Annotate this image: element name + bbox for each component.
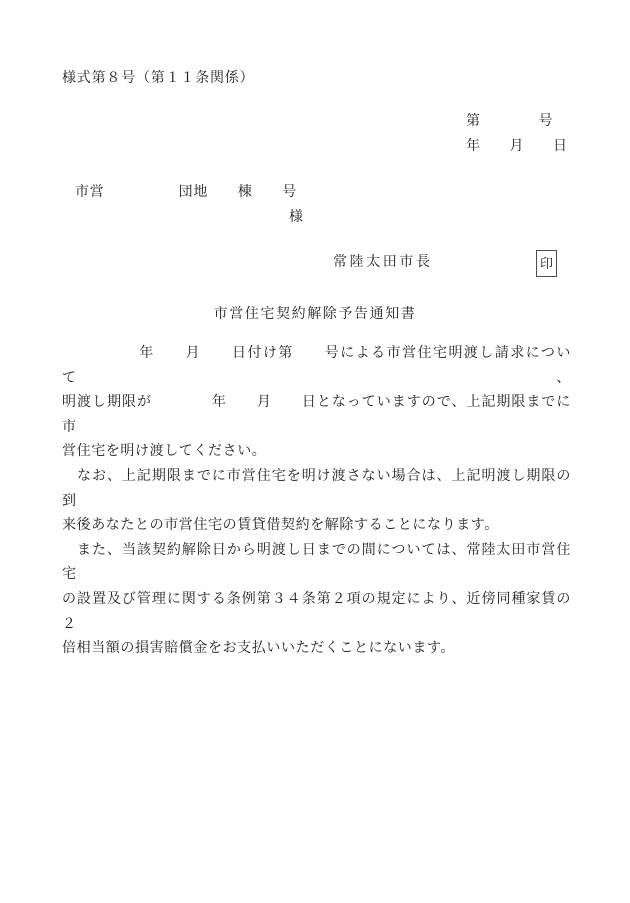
body-line: 明渡し期限が 年 月 日となっていますので、上記期限までに市: [62, 391, 571, 440]
seal-stamp-box: 印: [536, 250, 557, 277]
document-title: 市営住宅契約解除予告通知書: [0, 303, 630, 323]
date-line: 年 月 日: [466, 135, 568, 155]
recipient-honorific: 様: [289, 206, 303, 226]
body-line: 営住宅を明け渡してください。: [62, 440, 571, 465]
body-line: 倍相当額の損害賠償金をお支払いいただくことにないます。: [62, 637, 571, 662]
body-line: の設置及び管理に関する条例第３４条第２項の規定により、近傍同種家賃の２: [62, 588, 571, 637]
recipient-address-line: 市営 団地 棟 号: [75, 181, 297, 201]
body-line: 来後あなたとの市営住宅の賃貸借契約を解除することになります。: [62, 514, 571, 539]
body-text: 年 月 日付け第 号による市営住宅明渡し請求について、 明渡し期限が 年 月 日…: [62, 342, 571, 662]
body-line: また、当該契約解除日から明渡し日までの間については、常陸太田市営住宅: [62, 539, 571, 588]
doc-number-line: 第 号: [466, 110, 553, 130]
body-line: 年 月 日付け第 号による市営住宅明渡し請求について、: [62, 342, 571, 391]
document-page: 様式第８号（第１１条関係） 第 号 年 月 日 市営 団地 棟 号 様 常陸太田…: [0, 0, 630, 903]
form-number: 様式第８号（第１１条関係）: [62, 67, 254, 87]
sender-name: 常陸太田市長: [333, 251, 433, 271]
body-line: なお、上記期限までに市営住宅を明け渡さない場合は、上記明渡し期限の到: [62, 465, 571, 514]
